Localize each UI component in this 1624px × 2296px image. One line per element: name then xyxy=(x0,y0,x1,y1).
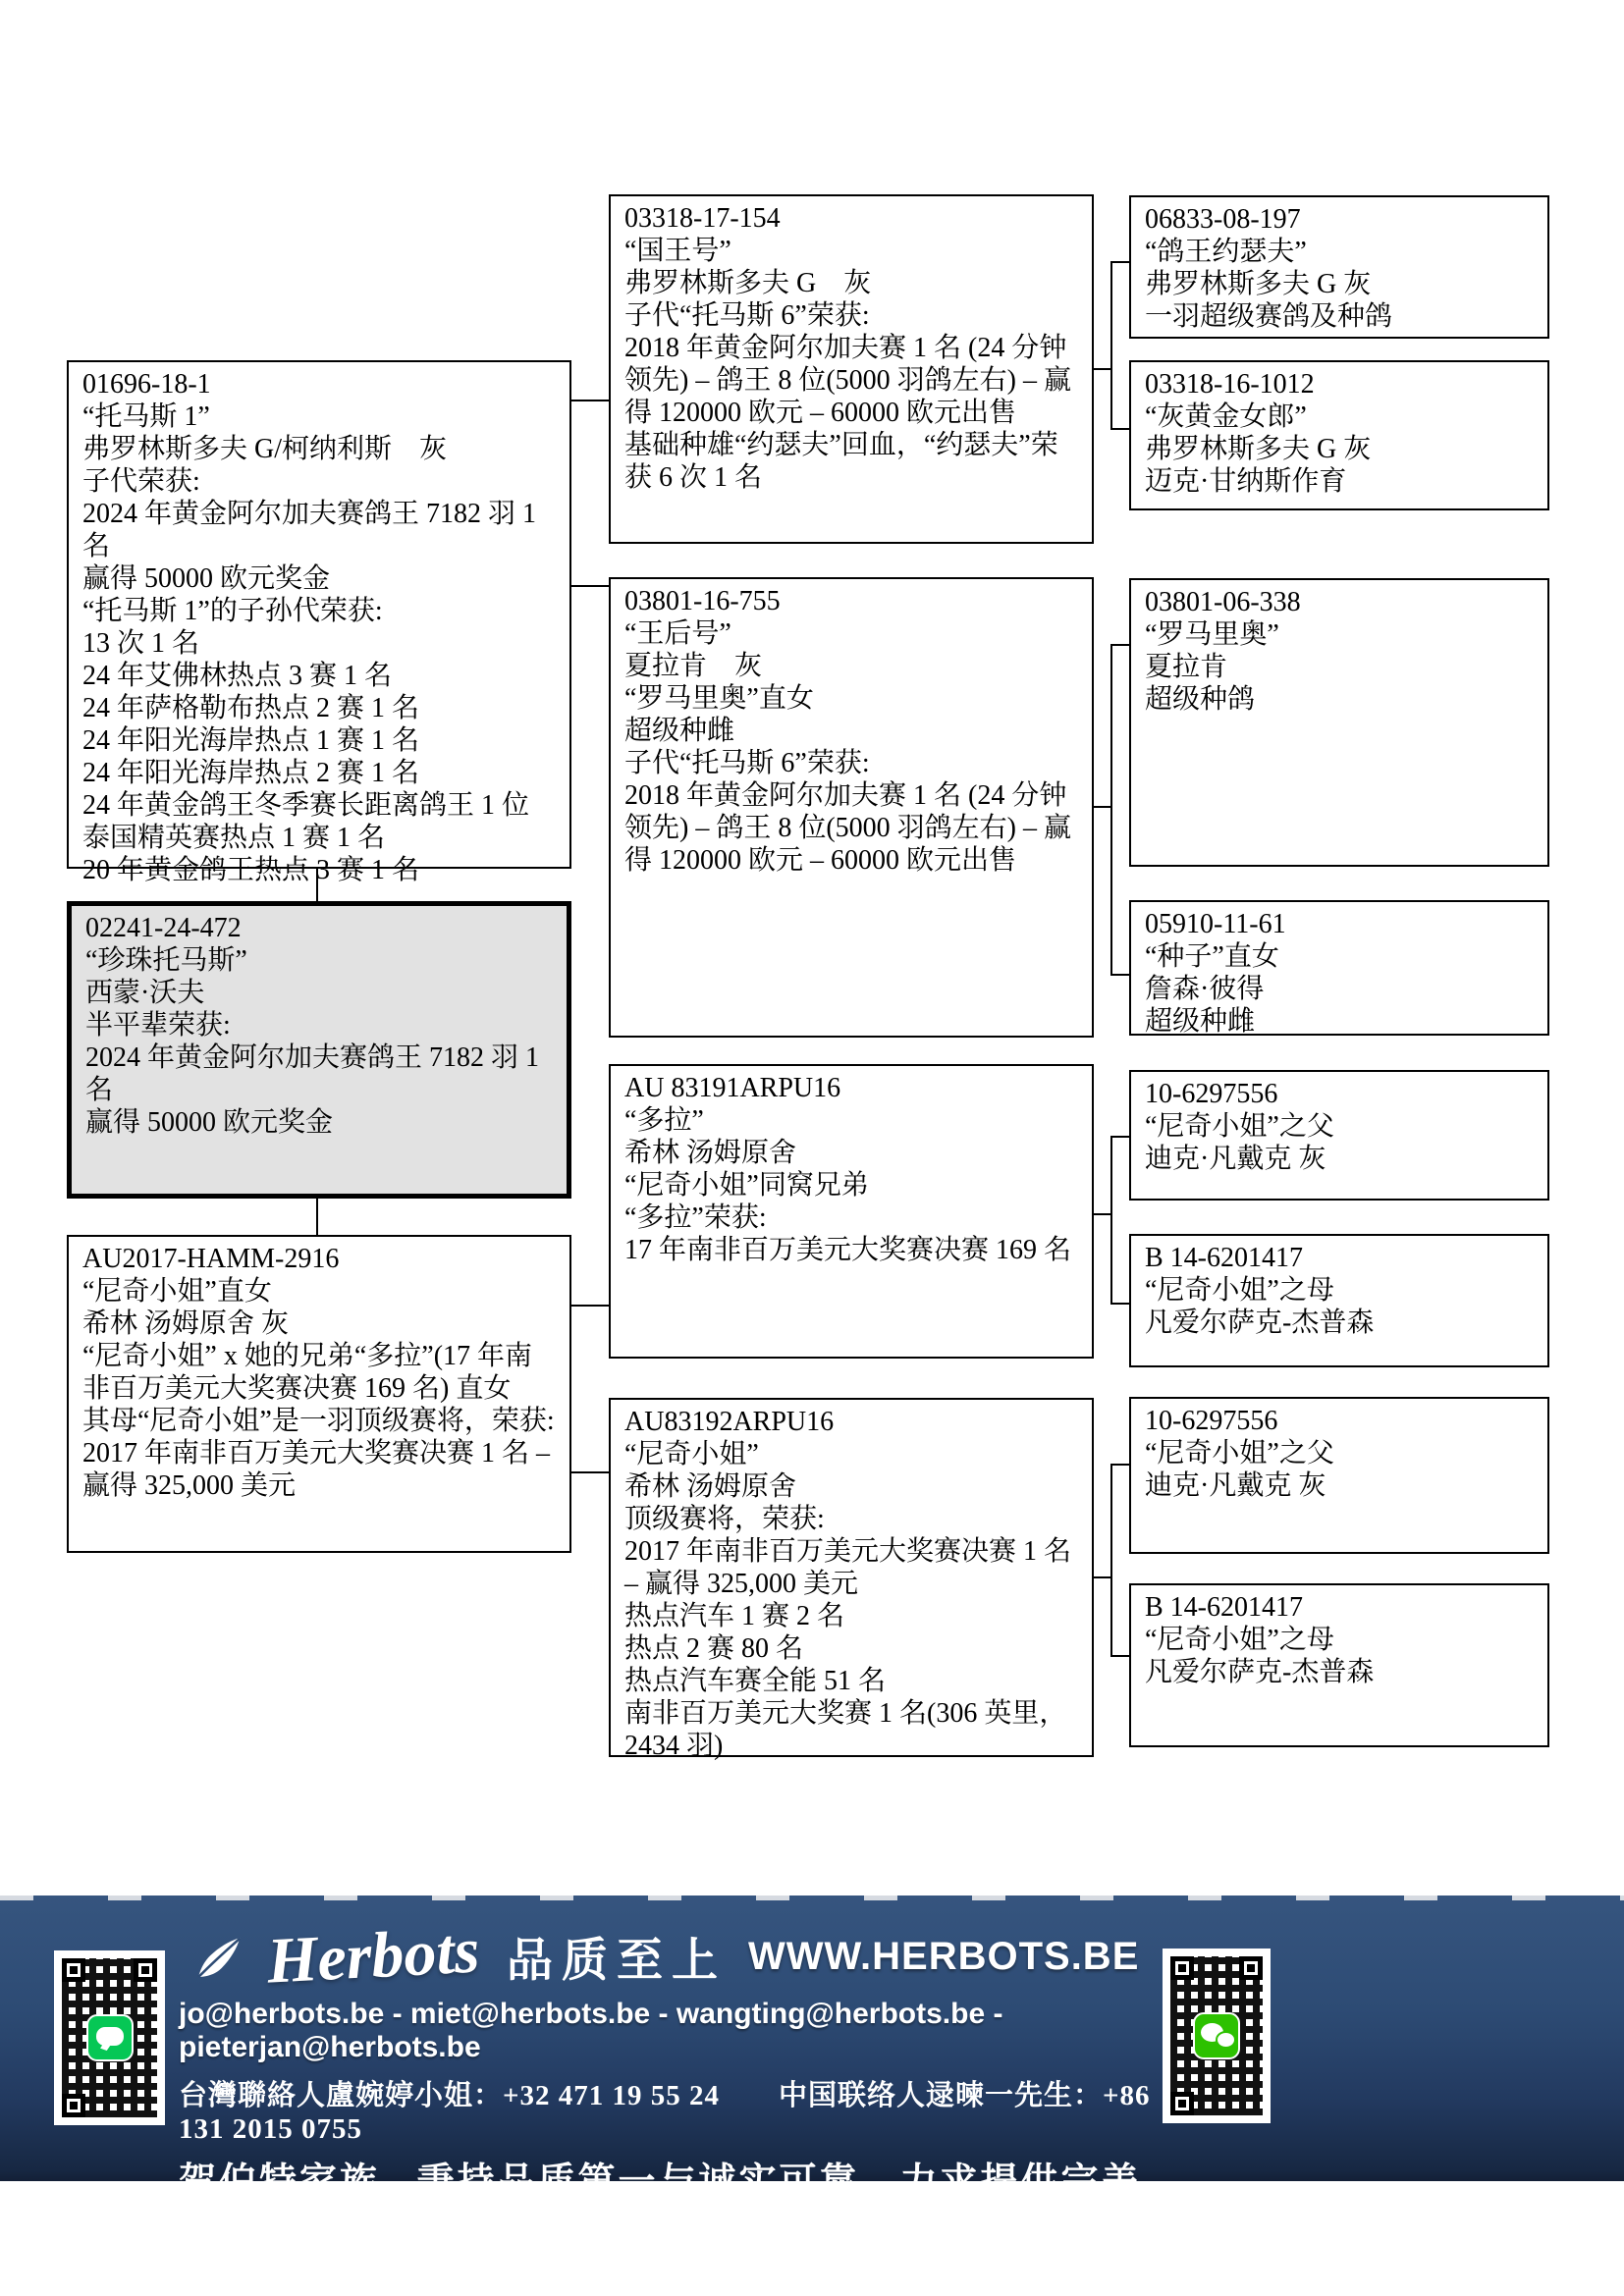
connector-line xyxy=(1110,1136,1129,1138)
footer-website: WWW.HERBOTS.BE xyxy=(748,1935,1139,1979)
connector-line xyxy=(1110,1303,1129,1305)
pedigree-box-ggparent-4: 05910-11-61“种子”直女詹森·彼得超级种雌 xyxy=(1129,900,1549,1036)
connector-line xyxy=(1094,368,1111,370)
qr-finder xyxy=(62,2094,85,2117)
pedigree-box-grandsire-1: 03318-17-154“国王号”弗罗林斯多夫 G 灰子代“托马斯 6”荣获:2… xyxy=(609,194,1094,544)
connector-line xyxy=(571,1305,609,1307)
pedigree-box-ggparent-1: 06833-08-197“鸽王约瑟夫”弗罗林斯多夫 G 灰一羽超级赛鸽及种鸽 xyxy=(1129,195,1549,339)
feather-icon xyxy=(190,1929,245,1984)
pedigree-box-subject: 02241-24-472“珍珠托马斯”西蒙·沃夫半平辈荣获:2024 年黄金阿尔… xyxy=(67,901,571,1199)
pedigree-box-granddam-2: AU83192ARPU16“尼奇小姐”希林 汤姆原舍顶级赛将，荣获:2017 年… xyxy=(609,1398,1094,1757)
footer-contacts: 台灣聯絡人盧婉婷小姐：+32 471 19 55 24 中国联络人逯暕一先生：+… xyxy=(179,2073,1151,2146)
qr-code-right xyxy=(1163,1949,1271,2123)
wechat-icon xyxy=(1193,2012,1240,2059)
pedigree-box-ggparent-5: 10-6297556“尼奇小姐”之父迪克·凡戴克 灰 xyxy=(1129,1070,1549,1201)
connector-line xyxy=(1110,1136,1112,1305)
connector-line xyxy=(316,1199,318,1235)
connector-line xyxy=(1110,261,1112,430)
pedigree-box-ggparent-2: 03318-16-1012“灰黄金女郎”弗罗林斯多夫 G 灰迈克·甘纳斯作育 xyxy=(1129,360,1549,510)
qr-finder xyxy=(62,1958,85,1982)
footer-banner: Herbots 品质至上 WWW.HERBOTS.BE jo@herbots.b… xyxy=(0,1896,1624,2181)
connector-line xyxy=(1110,1464,1129,1466)
qr-finder xyxy=(1170,2092,1194,2115)
footer-emails: jo@herbots.be - miet@herbots.be - wangti… xyxy=(179,1998,1151,2064)
connector-line xyxy=(316,869,318,901)
pedigree-box-granddam-1: 03801-16-755“王后号”夏拉肯 灰“罗马里奥”直女超级种雌子代“托马斯… xyxy=(609,577,1094,1038)
connector-line xyxy=(1110,261,1129,263)
connector-line xyxy=(1110,644,1129,646)
footer-tagline: 品质至上 xyxy=(507,1924,727,1990)
connector-line xyxy=(1094,1576,1111,1578)
connector-line xyxy=(1094,806,1111,808)
pedigree-box-ggparent-6: B 14-6201417“尼奇小姐”之母凡爱尔萨克-杰普森 xyxy=(1129,1234,1549,1367)
qr-finder xyxy=(1170,1956,1194,1980)
connector-line xyxy=(571,585,609,587)
pedigree-box-sire: 01696-18-1“托马斯 1”弗罗林斯多夫 G/柯纳利斯 灰子代荣获:202… xyxy=(67,360,571,869)
line-icon xyxy=(86,2014,134,2061)
connector-line xyxy=(1110,1464,1112,1657)
footer-logo-row: Herbots 品质至上 WWW.HERBOTS.BE xyxy=(190,1919,1140,1994)
pedigree-box-ggparent-8: B 14-6201417“尼奇小姐”之母凡爱尔萨克-杰普森 xyxy=(1129,1583,1549,1747)
pedigree-box-ggparent-7: 10-6297556“尼奇小姐”之父迪克·凡戴克 灰 xyxy=(1129,1397,1549,1554)
pedigree-page: 01696-18-1“托马斯 1”弗罗林斯多夫 G/柯纳利斯 灰子代荣获:202… xyxy=(0,0,1624,2296)
qr-code-left xyxy=(54,1950,165,2125)
connector-line xyxy=(1110,428,1129,430)
qr-finder xyxy=(134,1958,157,1982)
qr-finder xyxy=(1239,1956,1263,1980)
pedigree-box-ggparent-3: 03801-06-338“罗马里奥”夏拉肯超级种鸽 xyxy=(1129,578,1549,867)
connector-line xyxy=(571,1471,609,1473)
herbots-logo: Herbots xyxy=(265,1913,481,1999)
pedigree-box-grandsire-2: AU 83191ARPU16“多拉”希林 汤姆原舍“尼奇小姐”同窝兄弟“多拉”荣… xyxy=(609,1064,1094,1359)
connector-line xyxy=(1094,1213,1111,1215)
connector-line xyxy=(571,400,609,401)
connector-line xyxy=(1110,974,1129,976)
footer-slogan: 贺伯特家族...秉持品质第一与诚实可靠，力求提供完美的服务! xyxy=(179,2151,1151,2259)
pedigree-box-dam: AU2017-HAMM-2916“尼奇小姐”直女希林 汤姆原舍 灰“尼奇小姐” … xyxy=(67,1235,571,1553)
connector-line xyxy=(1110,1655,1129,1657)
connector-line xyxy=(1110,644,1112,976)
